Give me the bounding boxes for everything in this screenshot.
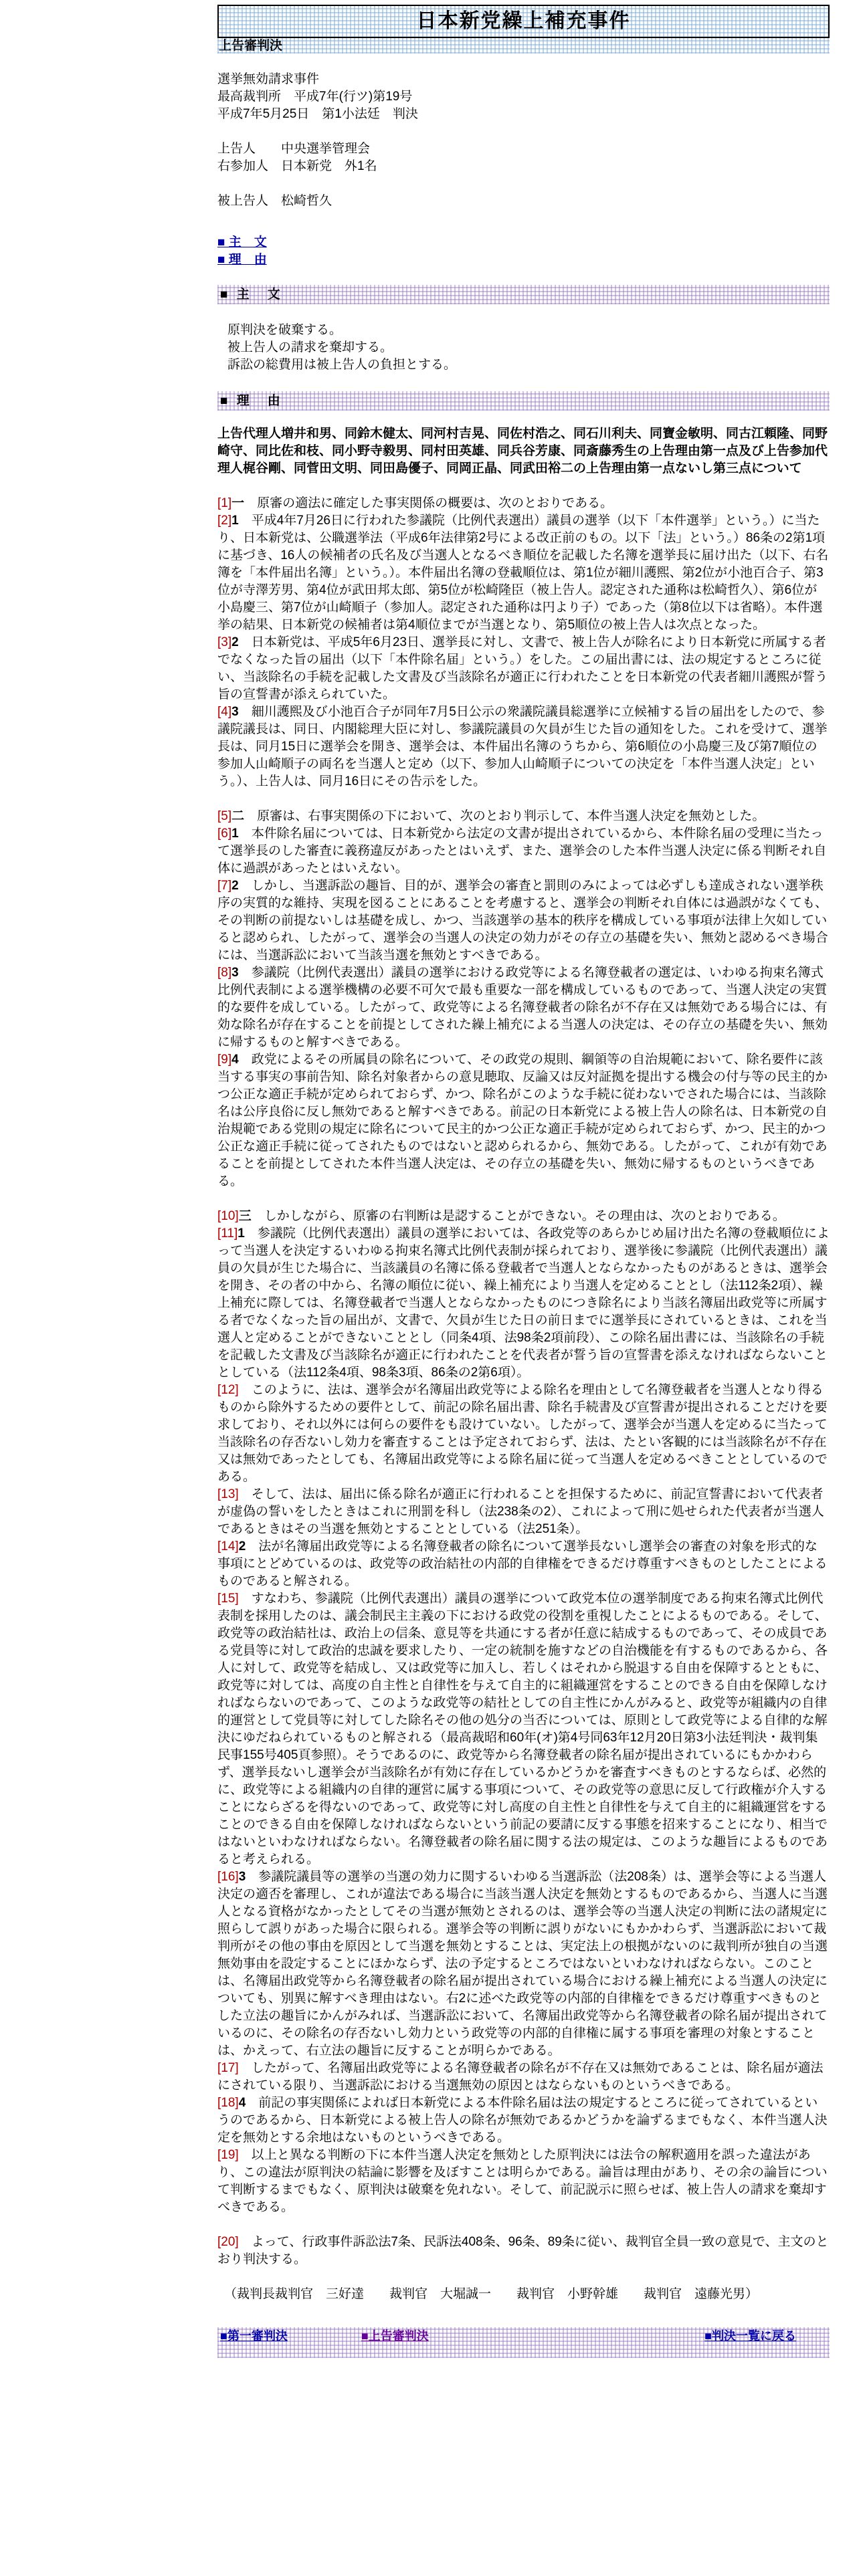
judgment-paragraph: [11]1 参議院（比例代表選出）議員の選挙においては、各政党等のあらかじめ届け… (217, 1225, 830, 1382)
page-title: 日本新党繰上補充事件 (217, 5, 830, 38)
paragraph-marker: [18] (217, 2096, 239, 2110)
paragraph-text: 参議院議員等の選挙の当選の効力に関するいわゆる当選訴訟（法208条）は、選挙会等… (217, 1870, 828, 2058)
paragraph-label: 3 (231, 705, 239, 719)
paragraph-text: 本件除名届については、日本新党から法定の文書が提出されているから、本件除名届の受… (217, 827, 826, 875)
paragraph-marker: [10] (217, 1209, 239, 1223)
paragraph-text: このように、法は、選挙会が名簿届出政党等による除名を理由として名簿登載者を当選人… (217, 1383, 828, 1484)
paragraph-marker: [15] (217, 1592, 239, 1606)
paragraph-text: そして、法は、届出に係る除名が適正に行われることを担保するために、前記宣誓書にお… (217, 1487, 824, 1536)
paragraph-marker: [3] (217, 635, 231, 649)
paragraph-label: 1 (231, 514, 239, 528)
paragraph-text: 以上と異なる判断の下に本件当選人決定を無効とした原判決には法令の解釈適用を誤った… (217, 2148, 828, 2214)
paragraph-label: 一 (231, 496, 244, 510)
heading-reason: ■ 理 由 (217, 391, 830, 411)
footer-navigation: ■第一審判決 ■上告審判決 ■判決一覧に戻る (217, 2327, 830, 2358)
footer-link-first-instance-judgment[interactable]: ■第一審判決 (220, 2329, 288, 2343)
paragraph-marker: [19] (217, 2148, 239, 2162)
paragraph-label: 三 (239, 1209, 252, 1223)
main-text-line: 被上告人の請求を棄却する。 (217, 339, 830, 356)
judgment-paragraph: [4]3 細川護煕及び小池百合子が同年7月5日公示の衆議院議員総選挙に立候補する… (217, 704, 830, 790)
page-subtitle: 上告審判決 (217, 38, 830, 53)
court-and-case-number: 最高裁判所 平成7年(行ツ)第19号 (217, 88, 830, 106)
judgment-paragraph: [1]一 原審の適法に確定した事実関係の概要は、次のとおりである。 (217, 495, 830, 512)
paragraph-marker: [1] (217, 496, 231, 510)
paragraph-label: 2 (231, 879, 239, 893)
judgment-page: 日本新党繰上補充事件 上告審判決 選挙無効請求事件 最高裁判所 平成7年(行ツ)… (217, 5, 830, 2358)
judgment-paragraph: [20] よって、行政事件訴訟法7条、民訴法408条、96条、89条に従い、裁判… (217, 2234, 830, 2268)
paragraph-text: 政党によるその所属員の除名について、その政党の規則、綱領等の自治規範において、除… (217, 1053, 828, 1188)
paragraph-marker: [8] (217, 966, 231, 980)
paragraph-marker: [14] (217, 1539, 239, 1553)
paragraph-marker: [4] (217, 705, 231, 719)
judgment-paragraph: [18]4 前記の事実関係によれば日本新党による本件除名届は法の規定するところに… (217, 2095, 830, 2147)
main-text-line: 訴訟の総費用は被上告人の負担とする。 (217, 356, 830, 374)
paragraph-text: 参議院（比例代表選出）議員の選挙における政党等による名簿登載者の選定は、いわゆる… (217, 966, 828, 1049)
reason-paragraphs: [1]一 原審の適法に確定した事実関係の概要は、次のとおりである。[2]1 平成… (217, 495, 830, 2268)
paragraph-text: したがって、名簿届出政党等による名簿登載者の除名が不存在又は無効であることは、除… (217, 2061, 823, 2092)
judges-line: （裁判長裁判官 三好達 裁判官 大堀誠一 裁判官 小野幹雄 裁判官 遠藤光男） (217, 2286, 830, 2303)
judgment-paragraph: [17] したがって、名簿届出政党等による名簿登載者の除名が不存在又は無効である… (217, 2060, 830, 2095)
paragraph-label: 4 (231, 1053, 239, 1067)
respondent-line: 被上告人 松崎哲久 (217, 193, 830, 210)
judgment-paragraph: [5]二 原審は、右事実関係の下において、次のとおり判示して、本件当選人決定を無… (217, 808, 830, 825)
judgment-paragraph: [16]3 参議院議員等の選挙の当選の効力に関するいわゆる当選訴訟（法208条）… (217, 1868, 830, 2060)
intervenor-line: 右参加人 日本新党 外1名 (217, 158, 830, 175)
paragraph-marker: [6] (217, 827, 231, 841)
case-name: 選挙無効請求事件 (217, 71, 830, 88)
paragraph-label: 1 (231, 827, 239, 841)
paragraph-text: すなわち、参議院（比例代表選出）議員の選挙について政党本位の選挙制度である拘束名… (217, 1592, 828, 1866)
paragraph-label: 3 (239, 1870, 246, 1884)
paragraph-label: 二 (231, 809, 244, 823)
paragraph-marker: [9] (217, 1053, 231, 1067)
appellant-line: 上告人 中央選挙管理会 (217, 140, 830, 158)
judgment-paragraph: [9]4 政党によるその所属員の除名について、その政党の規則、綱領等の自治規範に… (217, 1051, 830, 1190)
paragraph-text: 前記の事実関係によれば日本新党による本件除名届は法の規定するところに従ってされて… (217, 2096, 828, 2145)
parties: 上告人 中央選挙管理会 右参加人 日本新党 外1名 (217, 140, 830, 175)
paragraph-label: 1 (237, 1226, 245, 1241)
paragraph-marker: [16] (217, 1870, 239, 1884)
judgment-paragraph: [7]2 しかし、当選訴訟の趣旨、目的が、選挙会の審査と罰則のみによっては必ずし… (217, 877, 830, 964)
judgment-paragraph: [10]三 しかしながら、原審の右判断は是認することができない。その理由は、次の… (217, 1208, 830, 1225)
paragraph-text: 参議院（比例代表選出）議員の選挙においては、各政党等のあらかじめ届け出た名簿の登… (217, 1226, 830, 1380)
toc-link-main-text[interactable]: ■ 主 文 (217, 234, 267, 251)
paragraph-marker: [7] (217, 879, 231, 893)
paragraph-label: 2 (231, 635, 239, 649)
toc-link-reason[interactable]: ■ 理 由 (217, 251, 267, 269)
paragraph-text: よって、行政事件訴訟法7条、民訴法408条、96条、89条に従い、裁判官全員一致… (217, 2235, 828, 2266)
paragraph-marker: [13] (217, 1487, 239, 1501)
judgment-paragraph: [2]1 平成4年7月26日に行われた参議院（比例代表選出）議員の選挙（以下「本… (217, 512, 830, 634)
paragraph-marker: [12] (217, 1383, 239, 1397)
judgment-paragraph: [12] このように、法は、選挙会が名簿届出政党等による除名を理由として名簿登載… (217, 1382, 830, 1486)
footer-link-appeal-judgment[interactable]: ■上告審判決 (361, 2329, 429, 2343)
paragraph-marker: [11] (217, 1226, 237, 1241)
table-of-contents: ■ 主 文 ■ 理 由 (217, 234, 830, 269)
paragraph-text: 日本新党は、平成5年6月23日、選挙長に対し、文書で、被上告人が除名により日本新… (217, 635, 828, 702)
judgment-paragraph: [13] そして、法は、届出に係る除名が適正に行われることを担保するために、前記… (217, 1486, 830, 1538)
paragraph-text: 法が名簿届出政党等による名簿登載者の除名について選挙長ないし選挙会の審査の対象を… (217, 1539, 828, 1588)
judgment-paragraph: [14]2 法が名簿届出政党等による名簿登載者の除名について選挙長ないし選挙会の… (217, 1538, 830, 1590)
paragraph-text: 原審は、右事実関係の下において、次のとおり判示して、本件当選人決定を無効とした。 (244, 809, 765, 823)
paragraph-text: 細川護煕及び小池百合子が同年7月5日公示の衆議院議員総選挙に立候補する旨の届出を… (217, 705, 828, 788)
case-info: 選挙無効請求事件 最高裁判所 平成7年(行ツ)第19号 平成7年5月25日 第1… (217, 71, 830, 123)
judgment-paragraph: [3]2 日本新党は、平成5年6月23日、選挙長に対し、文書で、被上告人が除名に… (217, 634, 830, 704)
paragraph-text: しかしながら、原審の右判断は是認することができない。その理由は、次のとおりである… (252, 1209, 785, 1223)
paragraph-label: 3 (231, 966, 239, 980)
paragraph-marker: [20] (217, 2235, 239, 2249)
reason-intro-paragraph: 上告代理人増井和男、同鈴木健太、同河村吉晃、同佐村浩之、同石川利夫、同寶金敏明、… (217, 425, 830, 477)
paragraph-label: 4 (239, 2096, 246, 2110)
paragraph-marker: [2] (217, 514, 231, 528)
paragraph-label: 2 (239, 1539, 246, 1553)
heading-main-text: ■ 主 文 (217, 285, 830, 304)
paragraph-text: 原審の適法に確定した事実関係の概要は、次のとおりである。 (244, 496, 613, 510)
judgment-date: 平成7年5月25日 第1小法廷 判決 (217, 106, 830, 123)
judgment-paragraph: [19] 以上と異なる判断の下に本件当選人決定を無効とした原判決には法令の解釈適… (217, 2147, 830, 2216)
paragraph-marker: [5] (217, 809, 231, 823)
judgment-paragraph: [6]1 本件除名届については、日本新党から法定の文書が提出されているから、本件… (217, 825, 830, 877)
main-text-lines: 原判決を破棄する。被上告人の請求を棄却する。訴訟の総費用は被上告人の負担とする。 (217, 322, 830, 374)
judgment-paragraph: [8]3 参議院（比例代表選出）議員の選挙における政党等による名簿登載者の選定は… (217, 964, 830, 1051)
judgment-paragraph: [15] すなわち、参議院（比例代表選出）議員の選挙について政党本位の選挙制度で… (217, 1590, 830, 1868)
footer-link-back-to-judgment-list[interactable]: ■判決一覧に戻る (704, 2329, 796, 2343)
title-banner: 日本新党繰上補充事件 上告審判決 (217, 5, 830, 53)
paragraph-text: 平成4年7月26日に行われた参議院（比例代表選出）議員の選挙（以下「本件選挙」と… (217, 514, 828, 632)
paragraph-marker: [17] (217, 2061, 239, 2075)
main-text-line: 原判決を破棄する。 (217, 322, 830, 339)
footer-links-row: ■第一審判決 ■上告審判決 ■判決一覧に戻る (220, 2329, 827, 2343)
paragraph-text: しかし、当選訴訟の趣旨、目的が、選挙会の審査と罰則のみによっては必ずしも達成され… (217, 879, 828, 962)
